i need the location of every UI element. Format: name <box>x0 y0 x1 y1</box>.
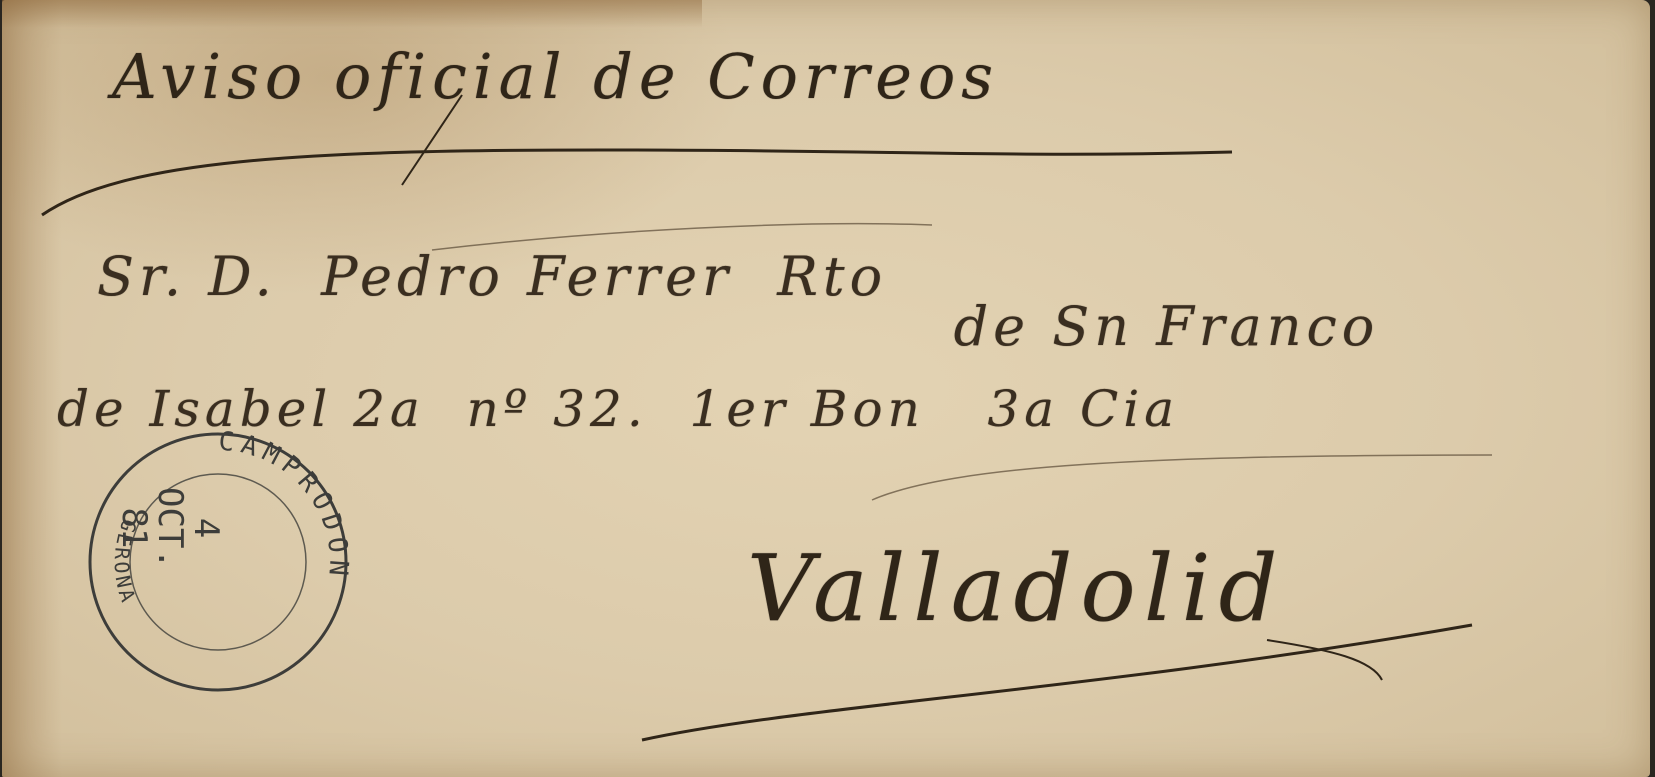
addressee-battalion: 1er Bon <box>690 380 925 438</box>
addressee-city: Valladolid <box>747 535 1286 642</box>
postal-cover: Aviso oficial de Correos Sr. D. Pedro Fe… <box>2 0 1650 777</box>
addressee-number: nº 32. <box>467 380 648 438</box>
postmark-year: 81 <box>116 487 152 569</box>
addressee-salutation: Sr. D. <box>97 245 277 308</box>
postmark-day: 4 <box>188 487 224 569</box>
addressee-regiment: de Sn Franco <box>954 295 1380 358</box>
addressee-title: Rto <box>777 245 887 308</box>
postmark-date: 4 OCT. 81 <box>116 487 224 569</box>
header-official-notice: Aviso oficial de Correos <box>112 40 999 113</box>
addressee-line-1: Sr. D. Pedro Ferrer Rto de Sn Franco <box>97 245 1379 308</box>
postmark-month: OCT. <box>152 487 188 569</box>
addressee-company: 3a Cia <box>987 380 1179 438</box>
addressee-name: Pedro Ferrer <box>321 245 733 308</box>
